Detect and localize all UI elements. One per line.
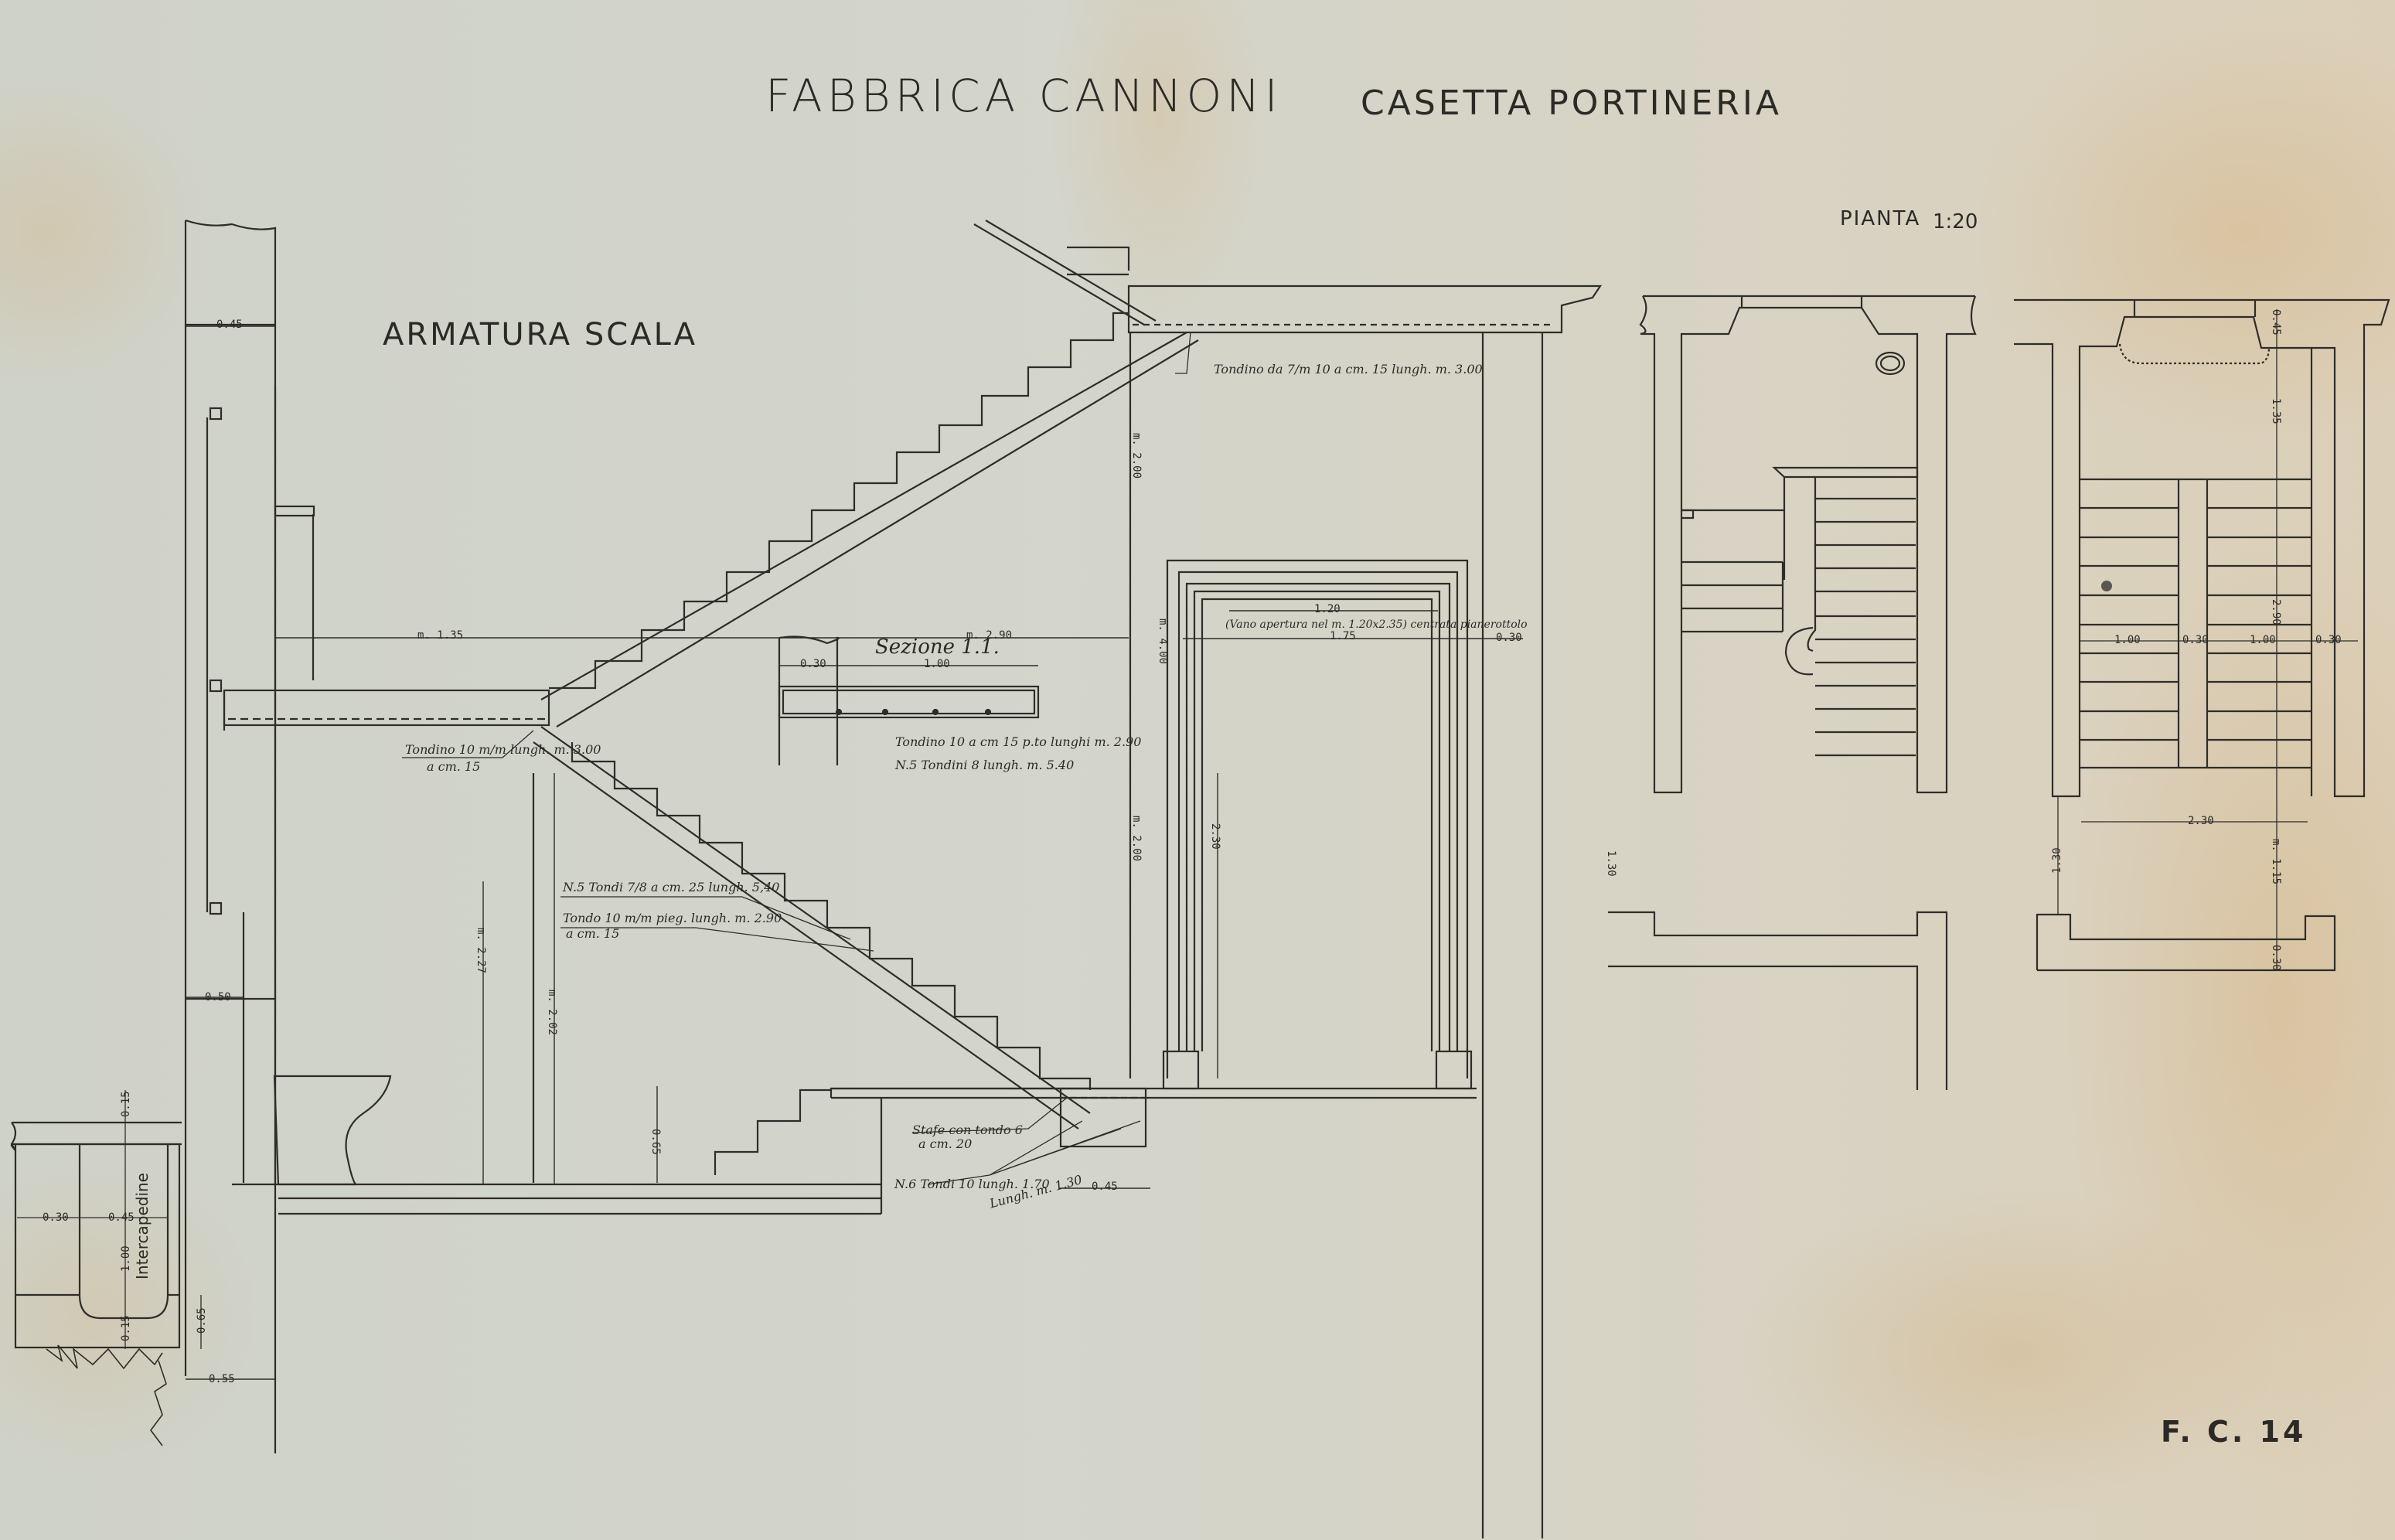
ground-lines xyxy=(232,1089,1477,1214)
dim-door-height: 2.30 xyxy=(1209,823,1221,850)
dim-plan-flight-width-right: 1.00 xyxy=(2250,634,2276,646)
dim-height-lower: m. 2.00 xyxy=(1130,816,1143,861)
note-door-opening: (Vano apertura nel m. 1.20x2.35) centrat… xyxy=(1225,618,1528,631)
dim-wall-base: 0.50 xyxy=(205,991,231,1003)
note-rebar-lower-2: Tondo 10 m/m pieg. lungh. m. 2.90 xyxy=(563,911,782,925)
dim-foundation-side: 0.65 xyxy=(196,1307,208,1334)
right-wall-door xyxy=(1130,332,1542,1538)
dim-foundation-height: 1.00 xyxy=(120,1245,132,1272)
technical-drawing-lines xyxy=(0,0,2395,1540)
plan-scale: 1:20 xyxy=(1933,210,1978,233)
dim-door-right: 0.30 xyxy=(1496,632,1522,644)
dim-height-under-landing: m. 2.27 xyxy=(475,928,487,973)
dim-plan-lower-right: m. 1.15 xyxy=(2270,839,2282,884)
foundation-detail xyxy=(12,1090,201,1446)
dim-plan-landing-depth: 1.35 xyxy=(2270,398,2282,424)
dim-section-width: 1.00 xyxy=(924,658,950,670)
left-wall xyxy=(186,220,275,1453)
dim-step-height: 0.65 xyxy=(649,1129,662,1155)
dim-foundation-bottom: 0.15 xyxy=(120,1315,132,1341)
dim-plan-flight-width-left: 1.00 xyxy=(2114,634,2141,646)
note-rebar-landing-1: Tondino 10 m/m lungh. m. 3.00 xyxy=(405,742,601,757)
dim-plan-lower-height: 1.30 xyxy=(2051,847,2063,874)
left-column xyxy=(244,387,390,1184)
note-rebar-lower-1: N.5 Tondi 7/8 a cm. 25 lungh. 5,40 xyxy=(563,880,779,894)
dim-height-column: m. 2.02 xyxy=(546,990,558,1035)
note-stirrups-1: Stafe con tondo 6 xyxy=(912,1123,1023,1137)
landing-slab xyxy=(224,690,549,731)
dim-plan-gap: 0.30 xyxy=(2182,634,2209,646)
note-stirrups-2: a cm. 20 xyxy=(918,1136,972,1151)
dim-height-upper: m. 2.00 xyxy=(1130,433,1143,479)
note-rebar-top: Tondino da 7/m 10 a cm. 15 lungh. m. 3.0… xyxy=(1214,362,1483,376)
dim-wall-width: 0.45 xyxy=(216,319,243,331)
dim-foundation-middle: 0.45 xyxy=(108,1211,135,1224)
note-rebar-section-1: Tondino 10 a cm 15 p.to lunghi m. 2.90 xyxy=(895,734,1141,749)
dim-plan-bottom-wall: 0.30 xyxy=(2270,945,2282,971)
note-rebar-lower-3: a cm. 15 xyxy=(566,926,619,941)
dim-plan-left-lower: 1.30 xyxy=(1605,850,1617,877)
plan-left xyxy=(1608,296,1975,1090)
ink-spot xyxy=(2101,581,2112,591)
dim-door-outer: 1.75 xyxy=(1330,630,1356,642)
title-subject: CASETTA PORTINERIA xyxy=(1361,83,1782,123)
section-drawing-title: ARMATURA SCALA xyxy=(383,317,697,353)
dim-height-total: m. 4.00 xyxy=(1157,618,1169,664)
dim-beam-width: 0.45 xyxy=(1092,1181,1118,1193)
dim-section-left: 0.30 xyxy=(800,658,826,670)
sheet-code: F. C. 14 xyxy=(2161,1415,2306,1449)
dim-plan-total-width: 2.30 xyxy=(2188,815,2214,827)
dim-plan-wall: 0.30 xyxy=(2315,634,2342,646)
plan-title: PIANTA xyxy=(1840,207,1920,230)
dim-foundation-base: 0.55 xyxy=(209,1373,235,1385)
note-rebar-section-2: N.5 Tondini 8 lungh. m. 5.40 xyxy=(895,758,1074,772)
dim-door-width: 1.20 xyxy=(1314,603,1341,615)
note-rebar-landing-2: a cm. 15 xyxy=(427,759,480,774)
dim-total-span: m. 2.90 xyxy=(966,629,1012,642)
dim-landing-span: m. 1.35 xyxy=(417,629,463,642)
dim-foundation-left: 0.30 xyxy=(43,1211,69,1224)
title-factory: FABBRICA CANNONI xyxy=(765,70,1283,122)
upper-stair-flight xyxy=(541,220,1600,727)
dim-plan-flight-length: 2.90 xyxy=(2270,599,2282,625)
dim-plan-top-depth: 0.45 xyxy=(2270,309,2282,336)
dim-foundation-top: 0.15 xyxy=(120,1091,132,1117)
lower-stair-flight xyxy=(533,727,1146,1183)
foundation-label: Intercapedine xyxy=(133,1173,152,1279)
